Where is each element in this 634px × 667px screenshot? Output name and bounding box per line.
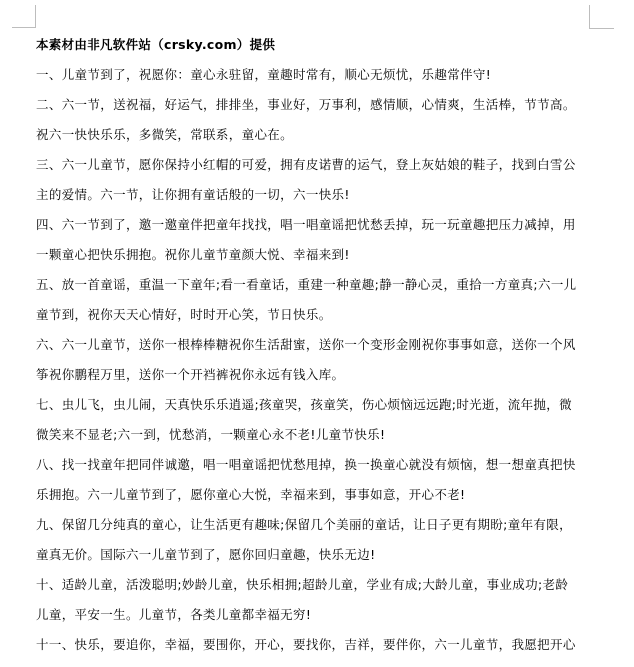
paragraph-2: 二、六一节，送祝福，好运气，排排坐，事业好，万事利，感情顺，心情爽，生活棒，节节… [36,95,606,155]
paragraph-3: 三、六一儿童节，愿你保持小红帽的可爱，拥有皮诺曹的运气，登上灰姑娘的鞋子，找到白… [36,155,606,215]
paragraph-11: 十一、快乐，要追你，幸福，要围你，开心，要找你，吉祥，要伴你，六一儿童节，我愿把… [36,635,606,665]
text-line: 祝六一快快乐乐，多微笑，常联系，童心在。 [36,125,606,155]
paragraph-8: 八、找一找童年把同伴诚邀，唱一唱童谣把忧愁甩掉，换一换童心就没有烦恼，想一想童真… [36,455,606,515]
text-line: 微笑来不显老;六一到，忧愁消，一颗童心永不老!儿童节快乐! [36,425,606,455]
text-line: 童节到，祝你天天心情好，时时开心笑，节日快乐。 [36,305,606,335]
text-line: 主的爱情。六一节，让你拥有童话般的一切，六一快乐! [36,185,606,215]
document-body[interactable]: 本素材由非凡软件站（crsky.com）提供 一、儿童节到了，祝愿你：童心永驻留… [36,35,606,665]
text-line: 一、儿童节到了，祝愿你：童心永驻留，童趣时常有，顺心无烦忧，乐趣常伴守! [36,65,606,95]
text-line: 一颗童心把快乐拥抱。祝你儿童节童颜大悦、幸福来到! [36,245,606,275]
text-line: 二、六一节，送祝福，好运气，排排坐，事业好，万事利，感情顺，心情爽，生活棒，节节… [36,95,606,125]
paragraph-1: 一、儿童节到了，祝愿你：童心永驻留，童趣时常有，顺心无烦忧，乐趣常伴守! [36,65,606,95]
text-line: 三、六一儿童节，愿你保持小红帽的可爱，拥有皮诺曹的运气，登上灰姑娘的鞋子，找到白… [36,155,606,185]
document-title: 本素材由非凡软件站（crsky.com）提供 [36,35,606,65]
text-line: 乐拥抱。六一儿童节到了，愿你童心大悦，幸福来到，事事如意，开心不老! [36,485,606,515]
paragraph-4: 四、六一节到了，邀一邀童伴把童年找找，唱一唱童谣把忧愁丢掉，玩一玩童趣把压力减掉… [36,215,606,275]
page-corner-mark-top-right [589,5,614,29]
text-line: 四、六一节到了，邀一邀童伴把童年找找，唱一唱童谣把忧愁丢掉，玩一玩童趣把压力减掉… [36,215,606,245]
paragraph-10: 十、适龄儿童，活泼聪明;妙龄儿童，快乐相拥;超龄儿童，学业有成;大龄儿童，事业成… [36,575,606,635]
page-corner-mark-top-left [12,5,36,28]
document-page: 本素材由非凡软件站（crsky.com）提供 一、儿童节到了，祝愿你：童心永驻留… [0,0,634,667]
text-line: 童真无价。国际六一儿童节到了，愿你回归童趣，快乐无边! [36,545,606,575]
text-line: 六、六一儿童节，送你一根棒棒糖祝你生活甜蜜，送你一个变形金刚祝你事事如意，送你一… [36,335,606,365]
text-line: 八、找一找童年把同伴诚邀，唱一唱童谣把忧愁甩掉，换一换童心就没有烦恼，想一想童真… [36,455,606,485]
text-line: 筝祝你鹏程万里，送你一个开裆裤祝你永远有钱入库。 [36,365,606,395]
paragraph-7: 七、虫儿飞，虫儿闹，天真快乐乐逍遥;孩童哭，孩童笑，伤心烦恼远远跑;时光逝，流年… [36,395,606,455]
text-line: 九、保留几分纯真的童心，让生活更有趣味;保留几个美丽的童话，让日子更有期盼;童年… [36,515,606,545]
text-line: 七、虫儿飞，虫儿闹，天真快乐乐逍遥;孩童哭，孩童笑，伤心烦恼远远跑;时光逝，流年… [36,395,606,425]
text-line: 儿童，平安一生。儿童节，各类儿童都幸福无穷! [36,605,606,635]
text-line: 五、放一首童谣，重温一下童年;看一看童话，重建一种童趣;静一静心灵，重拾一方童真… [36,275,606,305]
paragraph-6: 六、六一儿童节，送你一根棒棒糖祝你生活甜蜜，送你一个变形金刚祝你事事如意，送你一… [36,335,606,395]
paragraph-5: 五、放一首童谣，重温一下童年;看一看童话，重建一种童趣;静一静心灵，重拾一方童真… [36,275,606,335]
text-line: 十、适龄儿童，活泼聪明;妙龄儿童，快乐相拥;超龄儿童，学业有成;大龄儿童，事业成… [36,575,606,605]
text-line: 十一、快乐，要追你，幸福，要围你，开心，要找你，吉祥，要伴你，六一儿童节，我愿把… [36,635,606,665]
paragraph-9: 九、保留几分纯真的童心，让生活更有趣味;保留几个美丽的童话，让日子更有期盼;童年… [36,515,606,575]
